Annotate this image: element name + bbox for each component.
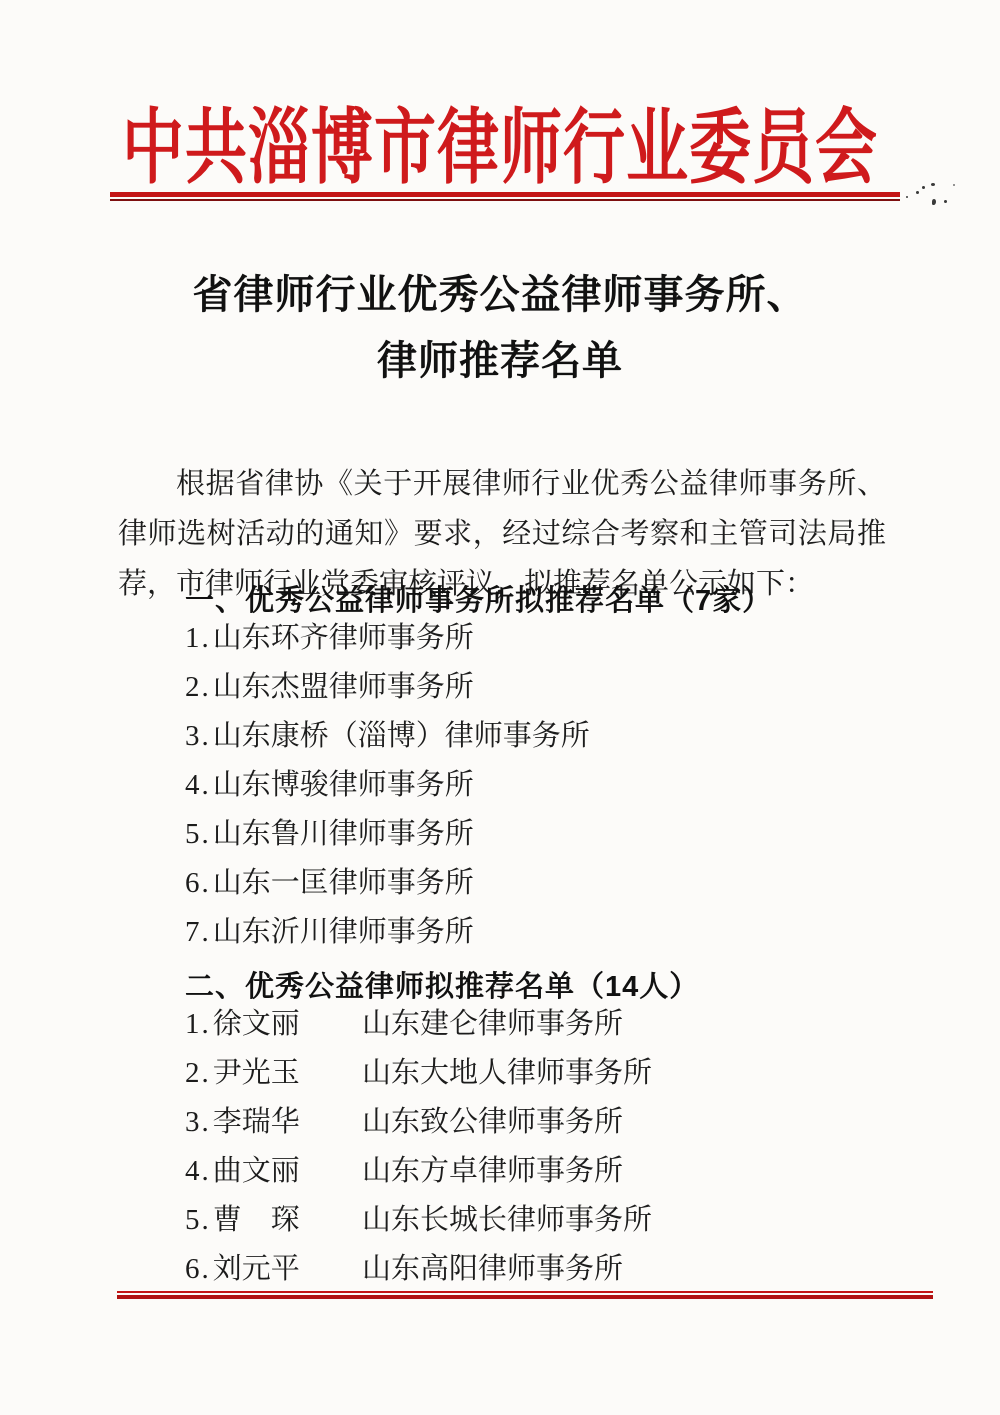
lawyer-who: 1.徐文丽 <box>185 1000 362 1049</box>
lawyer-name: 曹 琛 <box>213 1204 300 1236</box>
lawyer-list: 1.徐文丽 山东建仑律师事务所 2.尹光玉 山东大地人律师事务所 3.李瑞华 山… <box>185 1000 652 1294</box>
lawyer-firm: 山东长城长律师事务所 <box>362 1196 652 1245</box>
lawyer-firm: 山东大地人律师事务所 <box>362 1049 652 1098</box>
firm-item-name: 山东康桥（淄博）律师事务所 <box>213 720 590 752</box>
firm-item-name: 山东鲁川律师事务所 <box>213 818 474 850</box>
lawyer-number: 2. <box>185 1057 211 1089</box>
firm-list-item: 5.山东鲁川律师事务所 <box>185 810 590 859</box>
firm-item-number: 3. <box>185 720 211 752</box>
section-lawyers-heading: 二、优秀公益律师拟推荐名单（14人） <box>185 964 699 1005</box>
lawyer-row: 6.刘元平 山东高阳律师事务所 <box>185 1245 652 1294</box>
firm-list-item: 2.山东杰盟律师事务所 <box>185 663 590 712</box>
section-firms-heading: 一、优秀公益律师事务所拟推荐名单（7家） <box>185 578 772 619</box>
lawyer-number: 5. <box>185 1204 211 1236</box>
firm-item-number: 1. <box>185 622 211 654</box>
footer-rule-thick-band <box>117 1295 933 1299</box>
firm-item-name: 山东一匡律师事务所 <box>213 867 474 899</box>
lawyer-name: 曲文丽 <box>213 1155 300 1187</box>
lawyer-row: 5.曹 琛 山东长城长律师事务所 <box>185 1196 652 1245</box>
firm-item-name: 山东杰盟律师事务所 <box>213 671 474 703</box>
firm-list-item: 3.山东康桥（淄博）律师事务所 <box>185 712 590 761</box>
doc-title-line1: 省律师行业优秀公益律师事务所、 <box>0 262 1000 328</box>
footer-rule <box>117 1291 933 1299</box>
firm-item-number: 6. <box>185 867 211 899</box>
lawyer-row: 3.李瑞华 山东致公律师事务所 <box>185 1098 652 1147</box>
lawyer-who: 6.刘元平 <box>185 1245 362 1294</box>
scan-speck <box>944 200 947 203</box>
document-page: 中共淄博市律师行业委员会 省律师行业优秀公益律师事务所、 律师推荐名单 根据省律… <box>0 0 1000 1415</box>
firm-item-number: 2. <box>185 671 211 703</box>
lawyer-number: 6. <box>185 1253 211 1285</box>
lawyer-number: 4. <box>185 1155 211 1187</box>
lawyer-who: 5.曹 琛 <box>185 1196 362 1245</box>
lawyer-number: 3. <box>185 1106 211 1138</box>
firm-item-name: 山东沂川律师事务所 <box>213 916 474 948</box>
lawyer-firm: 山东建仑律师事务所 <box>362 1000 623 1049</box>
lawyer-name: 刘元平 <box>213 1253 300 1285</box>
scan-speck <box>953 184 955 186</box>
doc-title-line2: 律师推荐名单 <box>0 328 1000 394</box>
lawyer-row: 2.尹光玉 山东大地人律师事务所 <box>185 1049 652 1098</box>
firm-list-item: 4.山东博骏律师事务所 <box>185 761 590 810</box>
lawyer-name: 李瑞华 <box>213 1106 300 1138</box>
letterhead-org-name: 中共淄博市律师行业委员会 <box>0 88 1000 192</box>
firm-item-number: 5. <box>185 818 211 850</box>
lawyer-who: 2.尹光玉 <box>185 1049 362 1098</box>
lawyer-row: 4.曲文丽 山东方卓律师事务所 <box>185 1147 652 1196</box>
firm-item-name: 山东环齐律师事务所 <box>213 622 474 654</box>
scan-speck <box>931 183 935 186</box>
firm-item-name: 山东博骏律师事务所 <box>213 769 474 801</box>
scan-speck <box>932 199 936 205</box>
lawyer-who: 4.曲文丽 <box>185 1147 362 1196</box>
doc-title: 省律师行业优秀公益律师事务所、 律师推荐名单 <box>0 262 1000 394</box>
firm-list: 1.山东环齐律师事务所 2.山东杰盟律师事务所 3.山东康桥（淄博）律师事务所 … <box>185 614 590 957</box>
firm-item-number: 7. <box>185 916 211 948</box>
lawyer-name: 徐文丽 <box>213 1008 300 1040</box>
lawyer-who: 3.李瑞华 <box>185 1098 362 1147</box>
letterhead-org-name-text: 中共淄博市律师行业委员会 <box>122 81 878 198</box>
lawyer-row: 1.徐文丽 山东建仑律师事务所 <box>185 1000 652 1049</box>
scan-speck <box>906 196 908 198</box>
scan-speck <box>922 186 925 189</box>
firm-list-item: 6.山东一匡律师事务所 <box>185 859 590 908</box>
firm-list-item: 1.山东环齐律师事务所 <box>185 614 590 663</box>
lawyer-firm: 山东高阳律师事务所 <box>362 1245 623 1294</box>
lawyer-number: 1. <box>185 1008 211 1040</box>
lawyer-firm: 山东致公律师事务所 <box>362 1098 623 1147</box>
divider-thin-band <box>110 199 900 201</box>
firm-item-number: 4. <box>185 769 211 801</box>
lawyer-firm: 山东方卓律师事务所 <box>362 1147 623 1196</box>
firm-list-item: 7.山东沂川律师事务所 <box>185 908 590 957</box>
letterhead-divider-rule <box>110 192 900 201</box>
lawyer-name: 尹光玉 <box>213 1057 300 1089</box>
scan-speck <box>916 191 919 194</box>
